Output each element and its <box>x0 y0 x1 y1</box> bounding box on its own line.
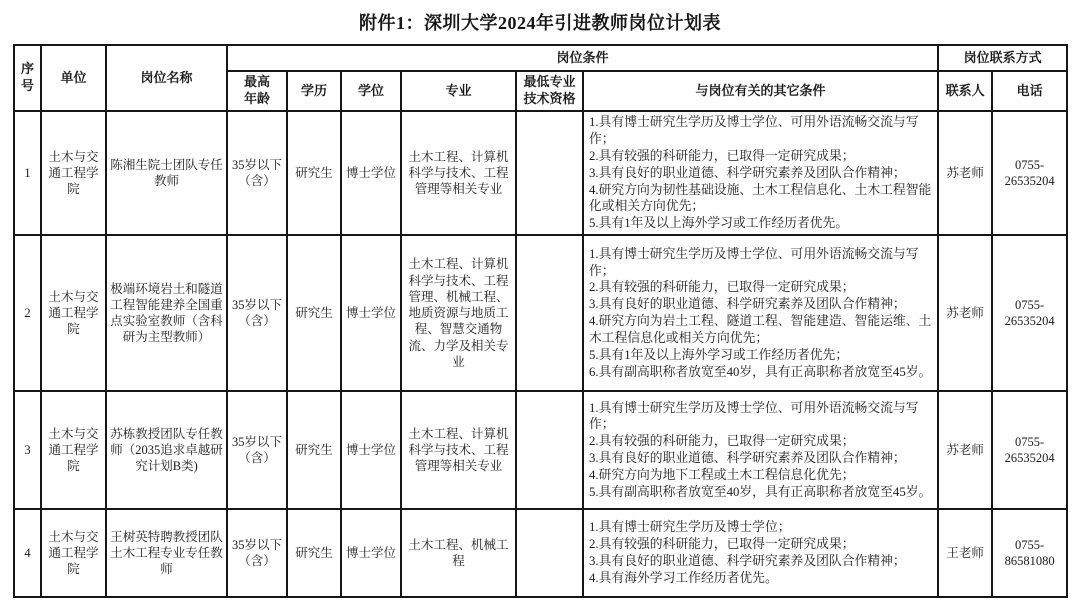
col-header-seq: 序 号 <box>14 45 41 111</box>
cell-major: 土木工程、计算机科学与技术、工程管理等相关专业 <box>401 391 516 509</box>
cell-contact-person: 王老师 <box>938 509 992 597</box>
cell-education: 研究生 <box>287 391 341 509</box>
cell-education: 研究生 <box>287 235 341 391</box>
cell-other-conditions: 1.具有博士研究生学历及博士学位、可用外语流畅交流与写作； 2.具有较强的科研能… <box>583 235 938 391</box>
cell-contact-person: 苏老师 <box>938 111 992 235</box>
cell-major: 土木工程、机械工程 <box>401 509 516 597</box>
cell-max-age: 35岁以下（含） <box>227 509 287 597</box>
cell-other-conditions: 1.具有博士研究生学历及博士学位、可用外语流畅交流与写作； 2.具有较强的科研能… <box>583 111 938 235</box>
cell-other-conditions: 1.具有博士研究生学历及博士学位、可用外语流畅交流与写作； 2.具有较强的科研能… <box>583 391 938 509</box>
cell-position: 极端环境岩土和隧道工程智能建养全国重点实验室教师（含科研为主型教师） <box>106 235 227 391</box>
col-group-conditions: 岗位条件 <box>227 45 938 71</box>
cell-major: 土木工程、计算机科学与技术、工程管理等相关专业 <box>401 111 516 235</box>
col-header-unit: 单位 <box>41 45 106 111</box>
cell-max-age: 35岁以下（含） <box>227 391 287 509</box>
cell-degree: 博士学位 <box>341 235 401 391</box>
page-title: 附件1：深圳大学2024年引进教师岗位计划表 <box>0 0 1080 35</box>
cell-degree: 博士学位 <box>341 509 401 597</box>
col-header-other-conditions: 与岗位有关的其它条件 <box>583 71 938 111</box>
col-header-degree: 学位 <box>341 71 401 111</box>
col-header-contact-person: 联系人 <box>938 71 992 111</box>
cell-seq: 2 <box>14 235 41 391</box>
col-header-max-age: 最高 年龄 <box>227 71 287 111</box>
cell-unit: 土木与交通工程学院 <box>41 111 106 235</box>
cell-max-age: 35岁以下（含） <box>227 235 287 391</box>
cell-seq: 4 <box>14 509 41 597</box>
cell-degree: 博士学位 <box>341 111 401 235</box>
cell-min-qualification <box>516 391 583 509</box>
cell-min-qualification <box>516 111 583 235</box>
col-header-phone: 电话 <box>992 71 1067 111</box>
cell-unit: 土木与交通工程学院 <box>41 235 106 391</box>
cell-unit: 土木与交通工程学院 <box>41 509 106 597</box>
col-header-position: 岗位名称 <box>106 45 227 111</box>
table-row: 3 土木与交通工程学院 苏栋教授团队专任教师（2035追求卓越研究计划B类) 3… <box>14 391 1067 509</box>
cell-position: 陈湘生院士团队专任教师 <box>106 111 227 235</box>
col-header-major: 专业 <box>401 71 516 111</box>
col-group-contact: 岗位联系方式 <box>938 45 1067 71</box>
cell-unit: 土木与交通工程学院 <box>41 391 106 509</box>
cell-contact-person: 苏老师 <box>938 391 992 509</box>
table-row: 1 土木与交通工程学院 陈湘生院士团队专任教师 35岁以下（含） 研究生 博士学… <box>14 111 1067 235</box>
table-row: 2 土木与交通工程学院 极端环境岩土和隧道工程智能建养全国重点实验室教师（含科研… <box>14 235 1067 391</box>
cell-min-qualification <box>516 509 583 597</box>
document-page: 附件1：深圳大学2024年引进教师岗位计划表 序 号 单位 岗位名称 岗位条件 … <box>0 0 1080 607</box>
col-header-education: 学历 <box>287 71 341 111</box>
cell-degree: 博士学位 <box>341 391 401 509</box>
cell-min-qualification <box>516 235 583 391</box>
cell-max-age: 35岁以下（含） <box>227 111 287 235</box>
cell-other-conditions: 1.具有博士研究生学历及博士学位； 2.具有较强的科研能力，已取得一定研究成果；… <box>583 509 938 597</box>
cell-phone: 0755-26535204 <box>992 235 1067 391</box>
header-row-groups: 序 号 单位 岗位名称 岗位条件 岗位联系方式 <box>14 45 1067 71</box>
cell-seq: 3 <box>14 391 41 509</box>
cell-phone: 0755-26535204 <box>992 391 1067 509</box>
table-row: 4 土木与交通工程学院 王树英特聘教授团队土木工程专业专任教师 35岁以下（含）… <box>14 509 1067 597</box>
cell-phone: 0755-26535204 <box>992 111 1067 235</box>
cell-phone: 0755-86581080 <box>992 509 1067 597</box>
cell-seq: 1 <box>14 111 41 235</box>
cell-position: 苏栋教授团队专任教师（2035追求卓越研究计划B类) <box>106 391 227 509</box>
cell-education: 研究生 <box>287 111 341 235</box>
cell-education: 研究生 <box>287 509 341 597</box>
cell-position: 王树英特聘教授团队土木工程专业专任教师 <box>106 509 227 597</box>
position-plan-table: 序 号 单位 岗位名称 岗位条件 岗位联系方式 最高 年龄 学历 学位 专业 最… <box>13 44 1068 598</box>
cell-major: 土木工程、计算机科学与技术、工程管理、机械工程、地质资源与地质工程、智慧交通物流… <box>401 235 516 391</box>
cell-contact-person: 苏老师 <box>938 235 992 391</box>
col-header-min-qualification: 最低专业 技术资格 <box>516 71 583 111</box>
